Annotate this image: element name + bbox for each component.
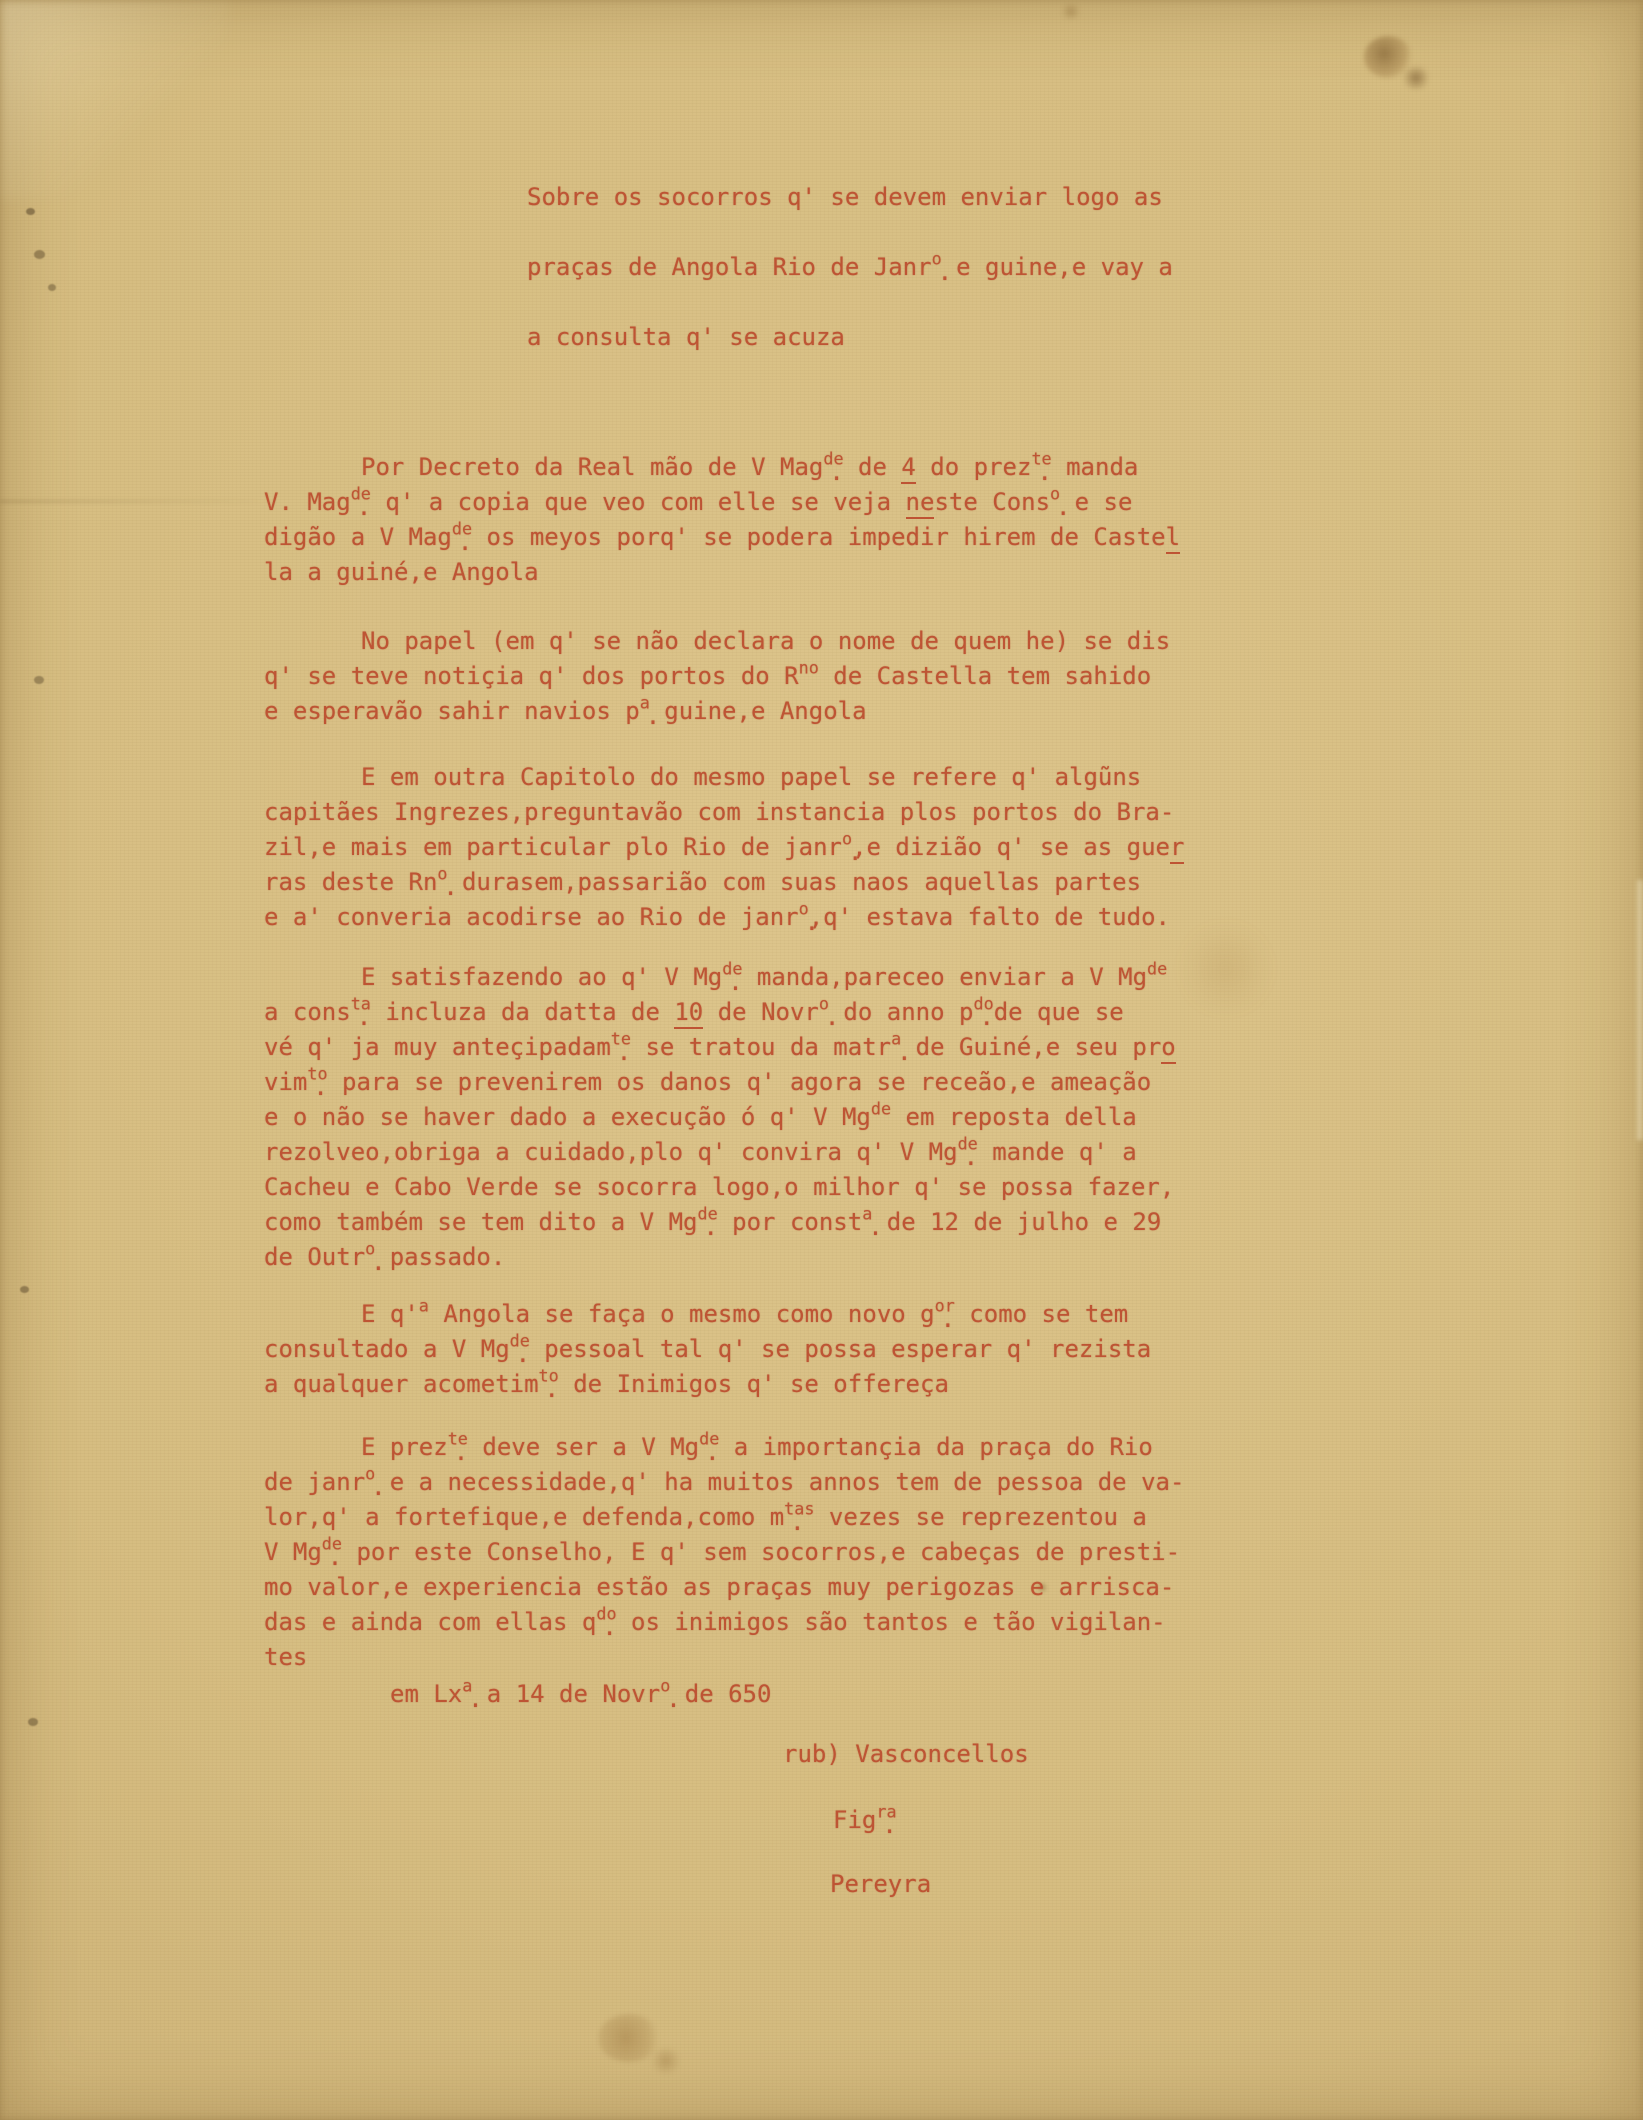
paper-edge-highlight: [1637, 880, 1643, 1140]
paper-speck: [26, 208, 35, 215]
text-line: tes: [264, 1640, 1224, 1675]
text-line: a consulta q' se acuza: [527, 302, 1173, 372]
body-paragraph: Por Decreto da Real mão de V Magde. de 4…: [264, 450, 1224, 590]
paper-speck: [48, 284, 56, 291]
text-line: zil,e mais em particular plo Rio de janr…: [264, 830, 1224, 865]
paper-speck: [20, 1286, 29, 1293]
text-line: a consta. incluza da datta de 10 de Novr…: [264, 995, 1224, 1030]
text-line: E satisfazendo ao q' V Mgde. manda,parec…: [264, 960, 1224, 995]
signature-rubric: rub) Vasconcellos: [783, 1737, 1029, 1772]
body-paragraph: E q'a Angola se faça o mesmo como novo g…: [264, 1297, 1224, 1402]
signature-line: Pereyra: [830, 1867, 931, 1902]
paper-stain: [1364, 36, 1412, 78]
signature-line: Figra.: [833, 1803, 897, 1838]
paper-stain: [598, 2014, 660, 2062]
text-line: mo valor,e experiencia estão as praças m…: [264, 1570, 1224, 1605]
subject-heading: Sobre os socorros q' se devem enviar log…: [527, 162, 1173, 372]
text-line: V. Magde. q' a copia que veo com elle se…: [264, 485, 1224, 520]
text-line: e a' converia acodirse ao Rio de janro.,…: [264, 900, 1224, 935]
paper-speck: [34, 676, 44, 684]
paper-speck: [34, 250, 45, 259]
text-line: vé q' ja muy anteçipadamte. se tratou da…: [264, 1030, 1224, 1065]
text-line: Cacheu e Cabo Verde se socorra logo,o mi…: [264, 1170, 1224, 1205]
text-line: V Mgde. por este Conselho, E q' sem soco…: [264, 1535, 1224, 1570]
paper-stain: [1060, 4, 1082, 19]
paper-crease: [0, 0, 230, 200]
text-line: la a guiné,e Angola: [264, 555, 1224, 590]
body-paragraph: E prezte. deve ser a V Mgde. a importanç…: [264, 1430, 1224, 1675]
paper-stain: [1402, 66, 1430, 90]
text-line: e esperavão sahir navios pa. guine,e Ang…: [264, 694, 1224, 729]
text-line: ras deste Rno. durasem,passarião com sua…: [264, 865, 1224, 900]
paper-speck: [28, 1718, 38, 1726]
text-line: lor,q' a fortefique,e defenda,como mtas.…: [264, 1500, 1224, 1535]
text-line: E q'a Angola se faça o mesmo como novo g…: [264, 1297, 1224, 1332]
paper-stain: [650, 2048, 682, 2074]
text-line: consultado a V Mgde. pessoal tal q' se p…: [264, 1332, 1224, 1367]
text-line: No papel (em q' se não declara o nome de…: [264, 624, 1224, 659]
text-line: Sobre os socorros q' se devem enviar log…: [527, 162, 1173, 232]
text-line: vimto. para se prevenirem os danos q' ag…: [264, 1065, 1224, 1100]
text-line: E prezte. deve ser a V Mgde. a importanç…: [264, 1430, 1224, 1465]
text-line: a qualquer acometimto. de Inimigos q' se…: [264, 1367, 1224, 1402]
text-line: como também se tem dito a V Mgde. por co…: [264, 1205, 1224, 1240]
paper-fold-line: [0, 500, 300, 503]
body-paragraph: E em outra Capitolo do mesmo papel se re…: [264, 760, 1224, 935]
text-line: capitães Ingrezes,preguntavão com instan…: [264, 795, 1224, 830]
text-line: de janro. e a necessidade,q' ha muitos a…: [264, 1465, 1224, 1500]
text-line: de Outro. passado.: [264, 1240, 1224, 1275]
text-line: rezolveo,obriga a cuidado,plo q' convira…: [264, 1135, 1224, 1170]
text-line: Por Decreto da Real mão de V Magde. de 4…: [264, 450, 1224, 485]
text-line: E em outra Capitolo do mesmo papel se re…: [264, 760, 1224, 795]
text-line: das e ainda com ellas qdo. os inimigos s…: [264, 1605, 1224, 1640]
text-line: praças de Angola Rio de Janro. e guine,e…: [527, 232, 1173, 302]
body-paragraph: No papel (em q' se não declara o nome de…: [264, 624, 1224, 729]
body-paragraph: E satisfazendo ao q' V Mgde. manda,parec…: [264, 960, 1224, 1275]
text-line: e o não se haver dado a execução ó q' V …: [264, 1100, 1224, 1135]
letter-page: Sobre os socorros q' se devem enviar log…: [0, 0, 1643, 2120]
dateline: em Lxa. a 14 de Novro. de 650: [390, 1677, 771, 1712]
text-line: digão a V Magde. os meyos porq' se poder…: [264, 520, 1224, 555]
text-line: q' se teve notiçia q' dos portos do Rno …: [264, 659, 1224, 694]
